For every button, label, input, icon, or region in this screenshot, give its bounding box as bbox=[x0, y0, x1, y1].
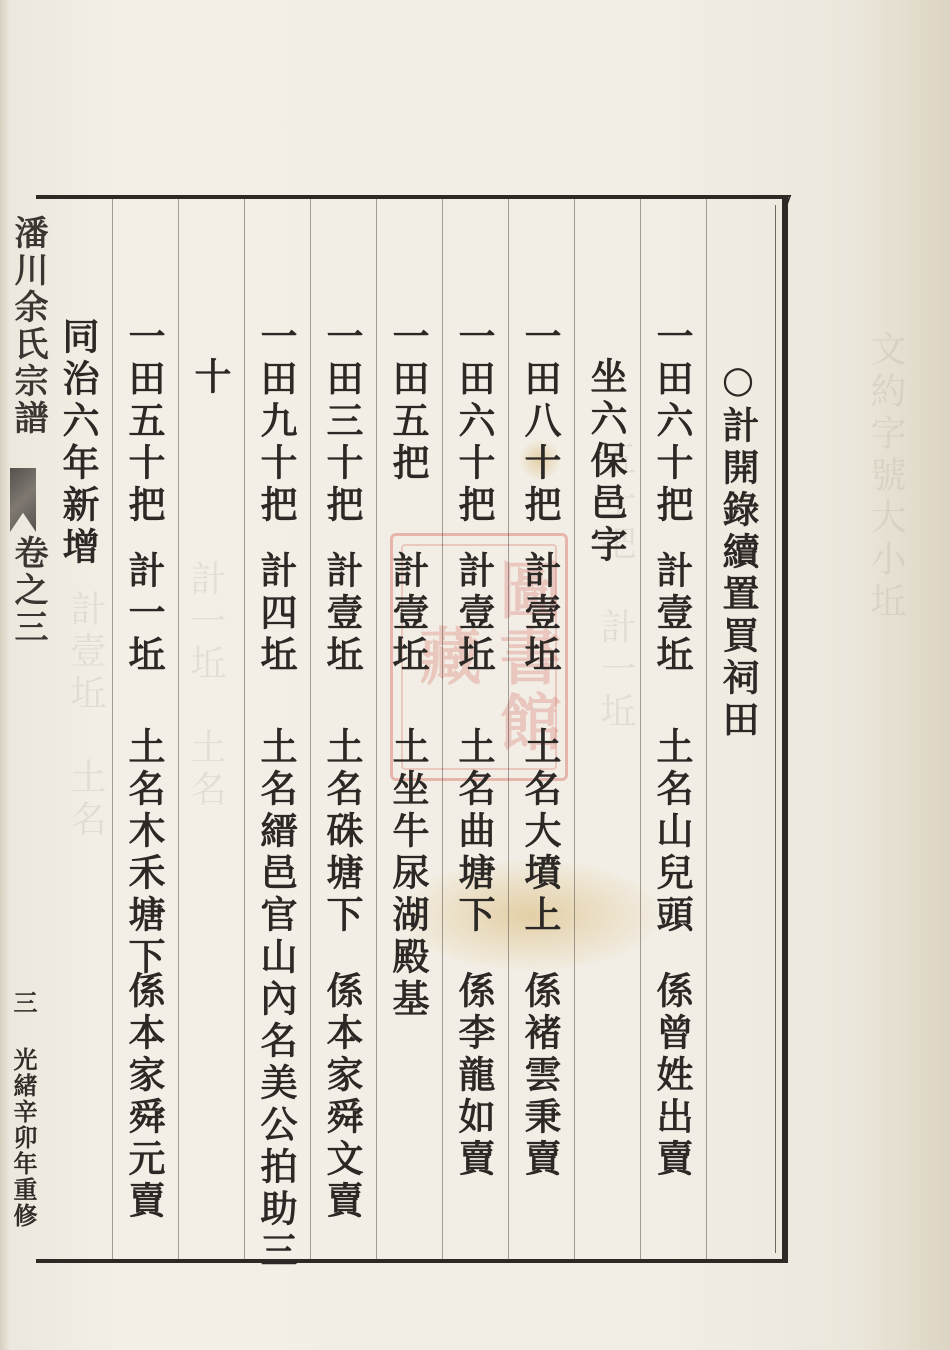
column-rule bbox=[442, 199, 443, 1259]
column-rule bbox=[508, 199, 509, 1259]
entry-place: 土名縉邑官山內名美公拍助三 bbox=[256, 727, 296, 1273]
section-heading: ○計開錄續置買祠田 bbox=[718, 357, 758, 742]
closing-note: 同治六年新增 bbox=[58, 317, 98, 569]
entry-place: 土名曲塘下 bbox=[454, 727, 494, 937]
entry-source: 係本家舜文賣 bbox=[322, 971, 362, 1223]
footer-edition: 光緒辛卯年重修 bbox=[9, 1047, 38, 1229]
column-rule bbox=[244, 199, 245, 1259]
show-through-text: 文約字號大小坵 bbox=[860, 330, 911, 624]
entry-source: 係本家舜元賣 bbox=[124, 971, 164, 1223]
entry-field: 一田五十把 bbox=[124, 317, 164, 527]
entry-place: 土名硃塘下 bbox=[322, 727, 362, 937]
entry-source: 係李龍如賣 bbox=[454, 971, 494, 1181]
entry-field: 一田六十把 bbox=[652, 317, 692, 527]
entry-count: 計壹坵 bbox=[388, 551, 428, 677]
column-rule bbox=[640, 199, 641, 1259]
entry-count: 計壹坵 bbox=[322, 551, 362, 677]
entry-field: 一田八十把 bbox=[520, 317, 560, 527]
entry-count: 計壹坵 bbox=[454, 551, 494, 677]
footer-page-number: 三 bbox=[9, 990, 38, 1016]
entry-place: 土名木禾塘下 bbox=[124, 727, 164, 979]
column-rule bbox=[178, 199, 179, 1259]
page-edge bbox=[855, 0, 950, 1350]
entry-count: 計一坵 bbox=[124, 551, 164, 677]
column-rule bbox=[706, 199, 707, 1259]
entry-place: 土名大墳上 bbox=[520, 727, 560, 937]
entry-field: 一田三十把 bbox=[322, 317, 362, 527]
entry-source: 係曾姓出賣 bbox=[652, 971, 692, 1181]
entry-place: 土名山兒頭 bbox=[652, 727, 692, 937]
entry-count: 計四坵 bbox=[256, 551, 296, 677]
entry-field: 一田六十把 bbox=[454, 317, 494, 527]
entry-count: 計壹坵 bbox=[520, 551, 560, 677]
entry-field: 坐六保邑字 bbox=[586, 357, 626, 567]
entry-field: 一田五把 bbox=[388, 317, 428, 485]
column-rule bbox=[376, 199, 377, 1259]
heading-text: 計開錄續置買祠田 bbox=[716, 406, 760, 742]
frame-corner bbox=[767, 195, 792, 213]
heading-marker: ○ bbox=[716, 357, 760, 406]
entry-field: 十 bbox=[190, 357, 230, 399]
text-frame: ○計開錄續置買祠田 一田六十把 計壹坵 土名山兒頭 係曾姓出賣 坐六保邑字 一田… bbox=[36, 195, 788, 1263]
entry-source: 係褚雲秉賣 bbox=[520, 971, 560, 1181]
column-rule bbox=[574, 199, 575, 1259]
entry-place: 土坐牛尿湖殿基 bbox=[388, 727, 428, 1021]
column-rule bbox=[310, 199, 311, 1259]
entry-count: 計壹坵 bbox=[652, 551, 692, 677]
entry-field: 一田九十把 bbox=[256, 317, 296, 527]
column-rule bbox=[112, 199, 113, 1259]
